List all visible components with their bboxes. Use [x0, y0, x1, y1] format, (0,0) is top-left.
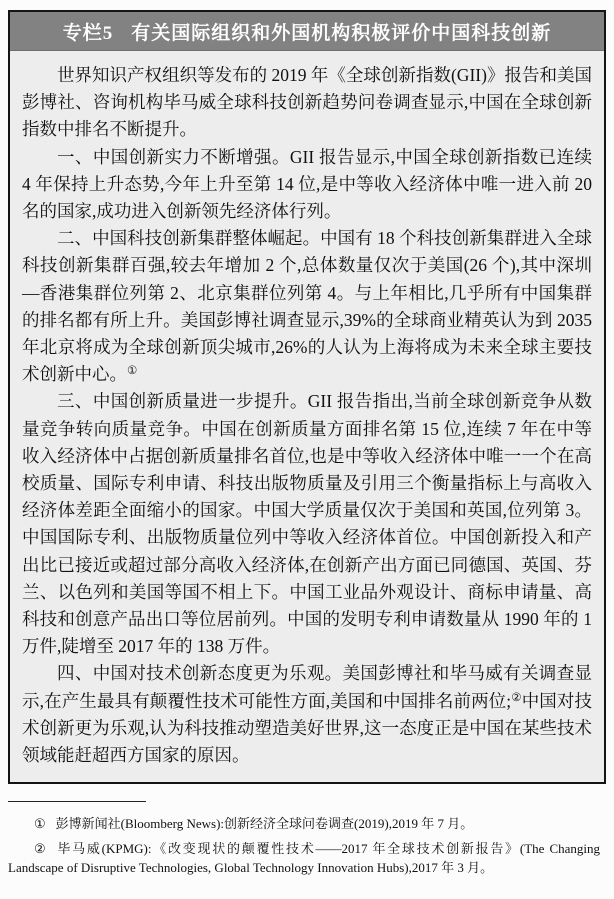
box-body: 世界知识产权组织等发布的 2019 年《全球创新指数(GII)》报告和美国彭博社… — [10, 51, 604, 769]
box-paragraph: 世界知识产权组织等发布的 2019 年《全球创新指数(GII)》报告和美国彭博社… — [22, 62, 592, 144]
box-header: 专栏5 有关国际组织和外国机构积极评价中国科技创新 — [10, 12, 604, 51]
box-paragraph: 二、中国科技创新集群整体崛起。中国有 18 个科技创新集群进入全球科技创新集群百… — [22, 225, 592, 388]
footnote-ref-marker: ② — [511, 692, 522, 704]
footnote-number-marker: ① — [34, 816, 46, 831]
footnote-separator-rule — [8, 801, 146, 802]
box-title: 有关国际组织和外国机构积极评价中国科技创新 — [131, 18, 551, 45]
footnote-ref-marker: ① — [127, 365, 137, 377]
box5-panel: 专栏5 有关国际组织和外国机构积极评价中国科技创新 世界知识产权组织等发布的 2… — [8, 10, 606, 784]
box-label: 专栏5 — [63, 18, 114, 45]
box-paragraph: 三、中国创新质量进一步提升。GII 报告指出,当前全球创新竞争从数量竞争转向质量… — [22, 388, 592, 660]
footnote-list: ①彭博新闻社(Bloomberg News):创新经济全球问卷调查(2019),… — [8, 814, 600, 878]
footnote-item: ①彭博新闻社(Bloomberg News):创新经济全球问卷调查(2019),… — [8, 814, 600, 834]
footnotes-section: ①彭博新闻社(Bloomberg News):创新经济全球问卷调查(2019),… — [8, 795, 600, 883]
box-paragraph: 四、中国对技术创新态度更为乐观。美国彭博社和毕马威有关调查显示,在产生最具有颠覆… — [22, 660, 592, 769]
box-paragraph: 一、中国创新实力不断增强。GII 报告显示,中国全球创新指数已连续 4 年保持上… — [22, 144, 592, 226]
footnote-item: ②毕马威(KPMG):《改变现状的颠覆性技术——2017 年全球技术创新报告》(… — [8, 839, 600, 878]
footnote-number-marker: ② — [34, 841, 47, 856]
